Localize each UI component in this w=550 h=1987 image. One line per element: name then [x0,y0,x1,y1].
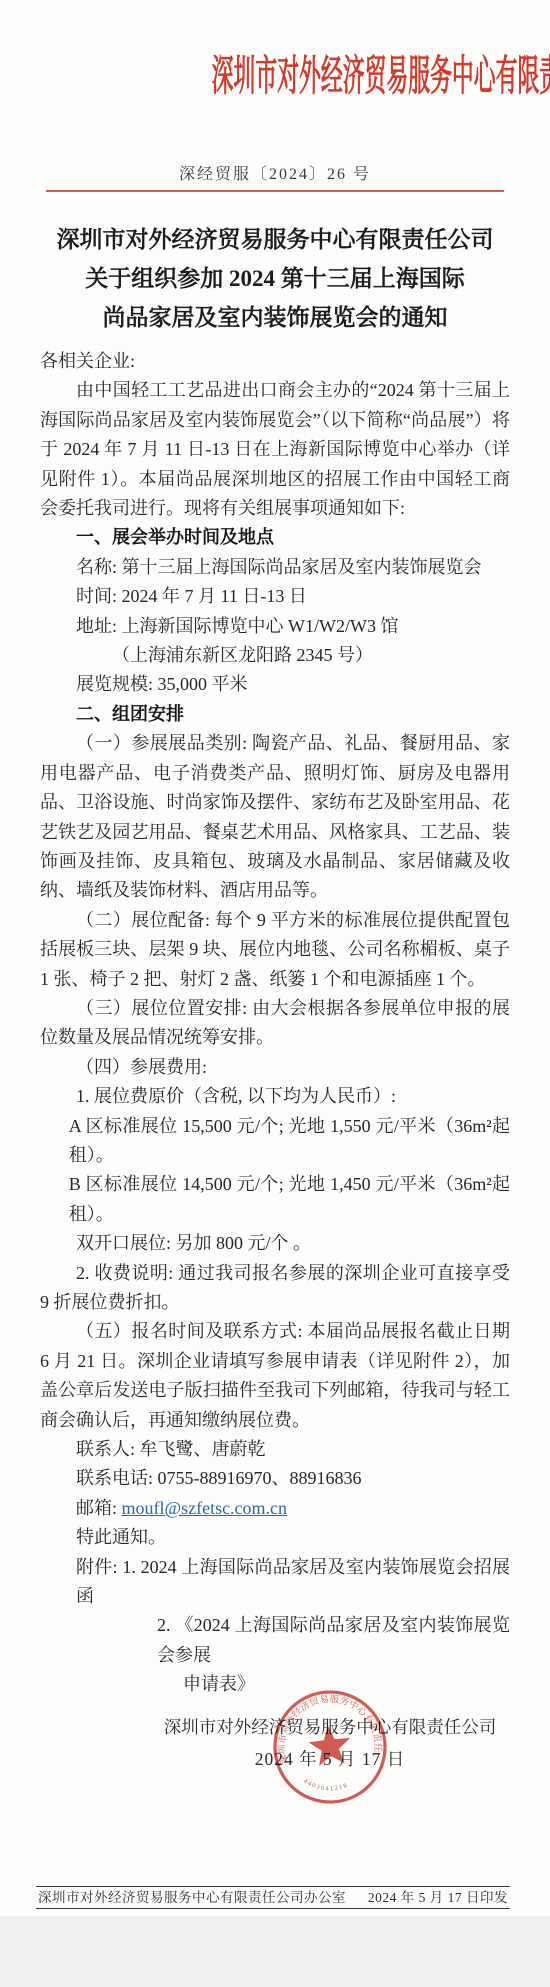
footer-print-date: 2024 年 5 月 17 日印发 [368,1888,508,1907]
document-body: 各相关企业: 由中国轻工工艺品进出口商会主办的“2024 第十三届上海国际尚品家… [40,347,510,1700]
star-icon [307,1723,353,1767]
section2-item5: （五）报名时间及联系方式: 本届尚品展报名截止日期 6 月 21 日。深圳企业请… [40,1317,510,1435]
document-title-line3: 尚品家居及室内装饰展览会的通知 [0,298,550,337]
seal-serial: 4403041218 [302,1773,350,1795]
document-title: 深圳市对外经济贸易服务中心有限责任公司 关于组织参加 2024 第十三届上海国际… [0,220,550,337]
letterhead-title: 深圳市对外经济贸易服务中心有限责任公司文件 [0,0,550,104]
document-number: 深经贸服〔2024〕26 号 [0,164,550,186]
document-footer: 深圳市对外经济贸易服务中心有限责任公司办公室 2024 年 5 月 17 日印发 [36,1886,510,1909]
closing-statement: 特此通知。 [40,1523,510,1552]
section2-item1: （一）参展展品类别: 陶瓷产品、礼品、餐厨用品、家用电器产品、电子消费类产品、照… [40,729,510,905]
section2-heading: 二、组团安排 [40,700,510,729]
exhibition-address2: （上海浦东新区龙阳路 2345 号） [40,641,510,670]
intro-paragraph: 由中国轻工工艺品进出口商会主办的“2024 第十三届上海国际尚品家居及室内装饰展… [40,376,510,523]
salutation: 各相关企业: [40,347,510,376]
fee-zone-a: A 区标准展位 15,500 元/个; 光地 1,550 元/平米（36m²起租… [40,1112,510,1171]
contact-person: 联系人: 牟飞鹭、唐蔚乾 [40,1435,510,1464]
attachment-line1: 附件: 1. 2024 上海国际尚品家居及室内装饰展览会招展函 [40,1553,510,1612]
contact-email-line: 邮箱: moufl@szfetsc.com.cn [40,1494,510,1523]
fee-discount-note: 2. 收费说明: 通过我司报名参展的深圳企业可直接享受 9 折展位费折扣。 [40,1259,510,1318]
fee-original-price: 1. 展位费原价（含税, 以下均为人民币）: [40,1082,510,1111]
red-divider [46,190,504,192]
document-title-line2: 关于组织参加 2024 第十三届上海国际 [0,259,550,298]
section2-item2: （二）展位配备: 每个 9 平方米的标准展位提供配置包括展板三块、层架 9 块、… [40,906,510,994]
exhibition-address: 地址: 上海新国际博览中心 W1/W2/W3 馆 [40,612,510,641]
exhibition-scale: 展览规模: 35,000 平米 [40,670,510,699]
official-document-page: 深圳市对外经济贸易服务中心有限责任公司文件 深经贸服〔2024〕26 号 深圳市… [0,0,550,1987]
section1-heading: 一、展会举办时间及地点 [40,523,510,552]
exhibition-time: 时间: 2024 年 7 月 11 日-13 日 [40,582,510,611]
exhibition-name: 名称: 第十三届上海国际尚品家居及室内装饰展览会 [40,553,510,582]
email-label: 邮箱: [76,1498,122,1518]
attachment-line2: 2. 《2024 上海国际尚品家居及室内装饰展览会参展 [40,1611,510,1670]
fee-zone-b: B 区标准展位 14,500 元/个; 光地 1,450 元/平米（36m²起租… [40,1170,510,1229]
footer-office: 深圳市对外经济贸易服务中心有限责任公司办公室 [38,1888,346,1907]
official-seal: 深圳市对外经济贸易服务中心有限责任公司 4403041218 [259,1676,402,1819]
section2-item3: （三）展位位置安排: 由大会根据各参展单位申报的展位数量及展品情况统筹安排。 [40,994,510,1053]
section2-item4-heading: （四）参展费用: [40,1053,510,1082]
contact-phone: 联系电话: 0755-88916970、88916836 [40,1464,510,1493]
letterhead-title-text: 深圳市对外经济贸易服务中心有限责任公司文件 [212,50,550,104]
email-link[interactable]: moufl@szfetsc.com.cn [122,1498,288,1518]
document-title-line1: 深圳市对外经济贸易服务中心有限责任公司 [0,220,550,259]
scan-edge-shade [0,1916,550,1987]
fee-double-opening: 双开口展位: 另加 800 元/个 。 [40,1229,510,1258]
